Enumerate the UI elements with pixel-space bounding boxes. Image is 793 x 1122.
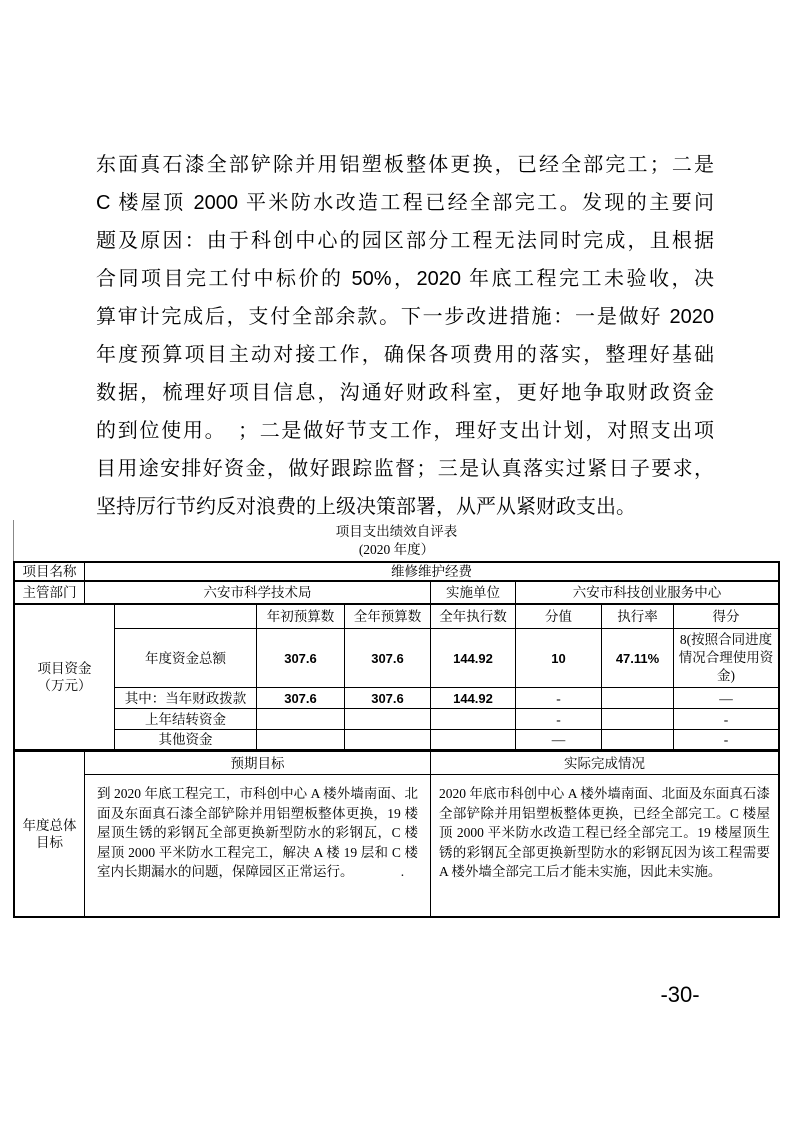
funds-row-score: - — [674, 730, 778, 749]
funds-row-rate — [602, 730, 674, 749]
funds-row-weight: 10 — [516, 629, 602, 688]
dept-value: 六安市科学技术局 — [85, 582, 431, 603]
funds-row-weight: - — [516, 709, 602, 730]
paragraph-line: 算审计完成后，支付全部余款。下一步改进措施：一是做好 2020 — [96, 298, 714, 336]
table-title: 项目支出绩效自评表 — [13, 523, 780, 541]
funds-row-name: 其中：当年财政拨款 — [115, 688, 257, 709]
funds-row-rate: 47.11% — [602, 629, 674, 688]
goals-label-line2: 目标 — [36, 834, 63, 851]
project-name-value: 维修维护经费 — [85, 563, 778, 582]
funds-row-annual: 307.6 — [345, 629, 431, 688]
funds-row-name: 上年结转资金 — [115, 709, 257, 730]
paragraph-line: 目用途安排好资金，做好跟踪监督；三是认真落实过紧日子要求， — [96, 450, 714, 488]
dept-label: 主管部门 — [15, 582, 85, 603]
funds-row-initial: 307.6 — [257, 629, 345, 688]
funds-row-score: 8(按照合同进度情况合理使用资金) — [674, 629, 778, 688]
paragraph-line: 题及原因：由于科创中心的园区部分工程无法同时完成，且根据 — [96, 222, 714, 260]
funds-header-executed: 全年执行数 — [431, 605, 516, 629]
paragraph-line: 坚持厉行节约反对浪费的上级决策部署，从严从紧财政支出。 — [96, 488, 714, 526]
funds-row-rate — [602, 688, 674, 709]
table-title-block: 项目支出绩效自评表 (2020 年度） — [13, 523, 780, 559]
paragraph-line: C 楼屋顶 2000 平米防水改造工程已经全部完工。发现的主要问 — [96, 184, 714, 222]
expected-goal-header: 预期目标 — [85, 752, 431, 775]
goals-section-label: 年度总体 目标 — [15, 752, 85, 916]
paragraph-line: 年度预算项目主动对接工作，确保各项费用的落实，整理好基础 — [96, 336, 714, 374]
funds-row-executed: 144.92 — [431, 688, 516, 709]
funds-row-executed — [431, 730, 516, 749]
funds-header-rate: 执行率 — [602, 605, 674, 629]
project-name-label: 项目名称 — [15, 563, 85, 582]
funds-row-name: 其他资金 — [115, 730, 257, 749]
expected-goal-text: 到 2020 年底工程完工，市科创中心 A 楼外墙南面、北面及东面真石漆全部铲除… — [85, 775, 430, 882]
funds-section-label: 项目资金 （万元） — [15, 605, 115, 749]
funds-row-initial: 307.6 — [257, 688, 345, 709]
funds-header-weight: 分值 — [516, 605, 602, 629]
funds-row-annual — [345, 709, 431, 730]
expected-goal-cell: 到 2020 年底工程完工，市科创中心 A 楼外墙南面、北面及东面真石漆全部铲除… — [85, 775, 431, 916]
funds-row-executed: 144.92 — [431, 629, 516, 688]
paragraph-line: 的到位使用。 ；二是做好节支工作，理好支出计划，对照支出项 — [96, 412, 714, 450]
funds-row-weight: - — [516, 688, 602, 709]
funds-label-line1: 项目资金 — [38, 660, 92, 677]
funds-row-annual: 307.6 — [345, 688, 431, 709]
funds-row-initial — [257, 709, 345, 730]
impl-unit-label: 实施单位 — [431, 582, 516, 603]
funds-row-initial — [257, 730, 345, 749]
actual-completion-cell: 2020 年底市科创中心 A 楼外墙南面、北面及东面真石漆全部铲除并用铝塑板整体… — [431, 775, 778, 916]
funds-row-score: - — [674, 709, 778, 730]
self-evaluation-table: 项目名称 维修维护经费 主管部门 六安市科学技术局 实施单位 六安市科技创业服务… — [13, 561, 780, 918]
table-section-funds: 项目资金 （万元） 年初预算数 全年预算数 全年执行数 分值 执行率 得分 年度… — [15, 603, 778, 749]
goals-label-line1: 年度总体 — [23, 817, 77, 834]
actual-completion-text: 2020 年底市科创中心 A 楼外墙南面、北面及东面真石漆全部铲除并用铝塑板整体… — [431, 775, 778, 882]
table-section-goals: 年度总体 目标 预期目标 实际完成情况 到 2020 年底工程完工，市科创中心 … — [15, 749, 778, 916]
funds-row-rate — [602, 709, 674, 730]
page-number: -30- — [640, 982, 720, 1008]
funds-row-score: — — [674, 688, 778, 709]
actual-completion-header: 实际完成情况 — [431, 752, 778, 775]
paragraph-line: 合同项目完工付中标价的 50%，2020 年底工程完工未验收，决 — [96, 260, 714, 298]
funds-header-empty — [115, 605, 257, 629]
funds-label-line2: （万元） — [38, 677, 92, 694]
table-section-basic: 项目名称 维修维护经费 主管部门 六安市科学技术局 实施单位 六安市科技创业服务… — [15, 563, 778, 603]
funds-row-name: 年度资金总额 — [115, 629, 257, 688]
paragraph-line: 数据，梳理好项目信息，沟通好财政科室，更好地争取财政资金 — [96, 374, 714, 412]
funds-header-score: 得分 — [674, 605, 778, 629]
funds-row-weight: — — [516, 730, 602, 749]
funds-header-annual-budget: 全年预算数 — [345, 605, 431, 629]
impl-unit-value: 六安市科技创业服务中心 — [516, 582, 778, 603]
table-subtitle: (2020 年度） — [13, 541, 780, 559]
funds-header-initial-budget: 年初预算数 — [257, 605, 345, 629]
body-paragraph: 东面真石漆全部铲除并用铝塑板整体更换，已经全部完工；二是 C 楼屋顶 2000 … — [96, 146, 714, 526]
funds-row-executed — [431, 709, 516, 730]
paragraph-line: 东面真石漆全部铲除并用铝塑板整体更换，已经全部完工；二是 — [96, 146, 714, 184]
document-page: 东面真石漆全部铲除并用铝塑板整体更换，已经全部完工；二是 C 楼屋顶 2000 … — [0, 0, 793, 1122]
funds-row-annual — [345, 730, 431, 749]
